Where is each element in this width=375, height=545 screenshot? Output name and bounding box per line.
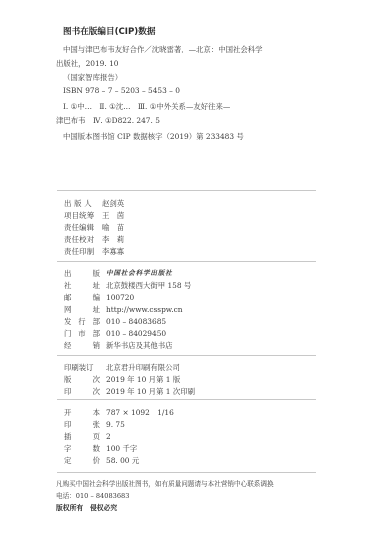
cip-line-publisher-date: 出版社，2019. 10 — [56, 60, 316, 67]
cip-line-subjects: Ⅰ. ①中… Ⅱ. ①沈… Ⅲ. ①中外关系—友好往来— — [56, 103, 323, 110]
distribution-dept-label: 发行部 — [64, 318, 106, 325]
divider — [57, 472, 316, 473]
staff-value: 赵剑英 — [102, 200, 124, 207]
edition-label: 版次 — [64, 376, 106, 383]
address-value: 北京鼓楼西大街甲 158 号 — [106, 282, 191, 289]
word-count-value: 100 千字 — [106, 445, 137, 452]
divider — [57, 399, 316, 400]
divider — [57, 190, 316, 191]
format-value: 787 × 1092 1/16 — [106, 409, 174, 416]
divider — [57, 261, 316, 262]
publisher-label: 出版 — [64, 270, 106, 277]
cip-line-isbn: ISBN 978 – 7 – 5203 – 5453 – 0 — [56, 87, 323, 94]
staff-label: 责任编辑 — [64, 224, 102, 231]
staff-row: 出 版 人 赵剑英 — [64, 200, 124, 207]
inserts-value: 2 — [106, 433, 111, 440]
edition-value: 2019 年 10 月第 1 版 — [106, 376, 180, 383]
staff-value: 李 莉 — [102, 236, 124, 243]
cip-line-series: （国家智库报告） — [56, 74, 323, 81]
cip-line-classification: 津巴布韦 Ⅳ. ①D822. 247. 5 — [56, 117, 316, 124]
postcode-row: 邮编 100720 — [64, 294, 134, 301]
cip-line-record-number: 中国版本图书馆 CIP 数据核字（2019）第 233483 号 — [56, 133, 323, 140]
sheets-row: 印张 9. 75 — [64, 421, 125, 428]
price-value: 58. 00 元 — [106, 457, 139, 464]
address-label: 社址 — [64, 282, 106, 289]
website-row: 网址 http://www.csspw.cn — [64, 306, 183, 313]
publisher-name-logotype: 中国社会科学出版社 — [106, 270, 173, 277]
address-row: 社址 北京鼓楼西大街甲 158 号 — [64, 282, 191, 289]
sheets-value: 9. 75 — [106, 421, 125, 428]
staff-label: 责任印制 — [64, 248, 102, 255]
inserts-row: 插页 2 — [64, 433, 111, 440]
postcode-label: 邮编 — [64, 294, 106, 301]
staff-value: 喻 苗 — [102, 224, 124, 231]
distributor-value: 新华书店及其他书店 — [106, 342, 173, 349]
cip-heading: 图书在版编目(CIP)数据 — [63, 28, 155, 37]
staff-label: 责任校对 — [64, 236, 102, 243]
staff-row: 责任校对 李 莉 — [64, 236, 124, 243]
publisher-row: 出版 中国社会科学出版社 — [64, 270, 173, 277]
cip-line-title: 中国与津巴布韦友好合作／沈晓雷著．—北京：中国社会科学 — [56, 46, 323, 53]
price-row: 定价 58. 00 元 — [64, 457, 139, 464]
staff-row: 责任编辑 喻 苗 — [64, 224, 124, 231]
copyright-notice: 版权所有 侵权必究 — [56, 505, 117, 512]
divider — [57, 355, 316, 356]
staff-row: 责任印制 李寡寡 — [64, 248, 124, 255]
inserts-label: 插页 — [64, 433, 106, 440]
impression-label: 印次 — [64, 388, 106, 395]
staff-label: 项目统筹 — [64, 212, 102, 219]
website-label: 网址 — [64, 306, 106, 313]
impression-value: 2019 年 10 月第 1 次印刷 — [106, 388, 195, 395]
format-row: 开本 787 × 1092 1/16 — [64, 409, 174, 416]
impression-row: 印次 2019 年 10 月第 1 次印刷 — [64, 388, 195, 395]
staff-value: 李寡寡 — [102, 248, 124, 255]
word-count-row: 字数 100 千字 — [64, 445, 137, 452]
retail-dept-label: 门市部 — [64, 330, 106, 337]
edition-row: 版次 2019 年 10 月第 1 版 — [64, 376, 180, 383]
distributor-row: 经销 新华书店及其他书店 — [64, 342, 173, 349]
distribution-dept-phone: 010 – 84083685 — [106, 318, 166, 325]
quality-notice: 凡购买中国社会科学出版社图书，如有质量问题请与本社营销中心联系调换 — [56, 481, 274, 488]
price-label: 定价 — [64, 457, 106, 464]
staff-value: 王 茵 — [102, 212, 124, 219]
distribution-dept-row: 发行部 010 – 84083685 — [64, 318, 166, 325]
format-label: 开本 — [64, 409, 106, 416]
retail-dept-phone: 010 – 84029450 — [106, 330, 166, 337]
printer-row: 印刷装订 北京君升印刷有限公司 — [64, 364, 180, 371]
retail-dept-row: 门市部 010 – 84029450 — [64, 330, 166, 337]
staff-label: 出 版 人 — [64, 200, 102, 207]
service-phone: 电话：010 – 84083683 — [56, 493, 129, 500]
staff-row: 项目统筹 王 茵 — [64, 212, 124, 219]
postcode-value: 100720 — [106, 294, 134, 301]
printer-value: 北京君升印刷有限公司 — [106, 364, 180, 371]
distributor-label: 经销 — [64, 342, 106, 349]
printer-label: 印刷装订 — [64, 364, 106, 371]
website-link[interactable]: http://www.csspw.cn — [106, 306, 183, 313]
word-count-label: 字数 — [64, 445, 106, 452]
sheets-label: 印张 — [64, 421, 106, 428]
